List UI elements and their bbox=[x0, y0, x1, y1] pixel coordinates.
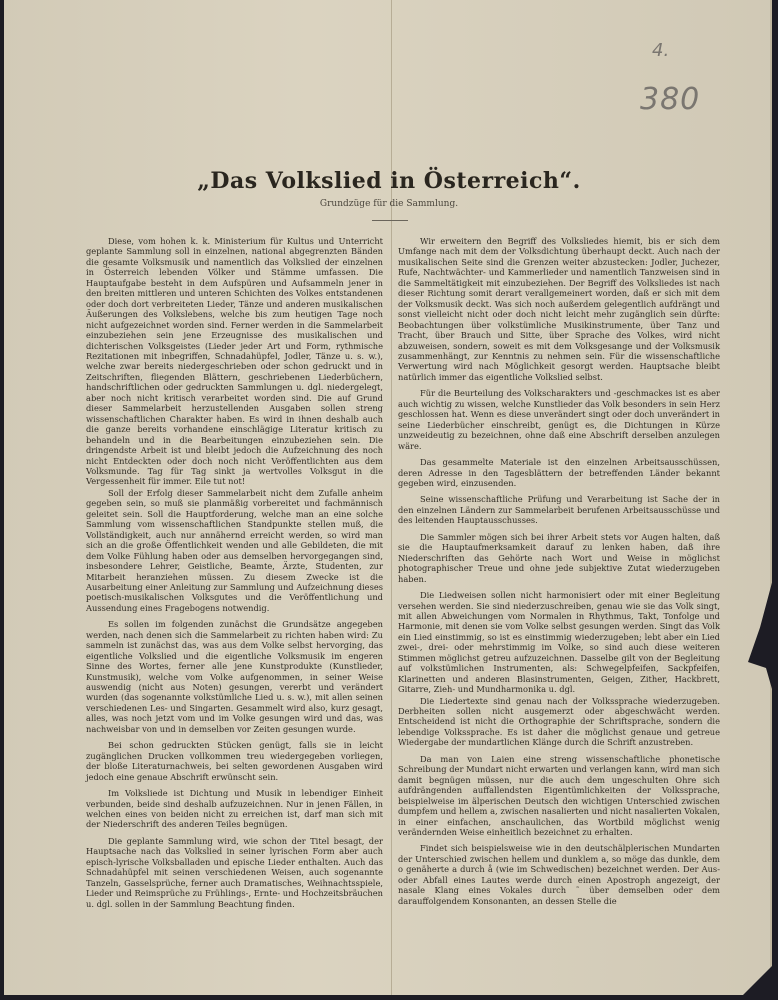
paragraph: Soll der Erfolg dieser Sammelarbeit nich… bbox=[86, 488, 383, 613]
paragraph: Das gesammelte Materiale ist den einzeln… bbox=[398, 457, 720, 488]
left-column: Diese, vom hohen k. k. Ministerium für K… bbox=[86, 236, 383, 915]
paragraph: Bei schon gedruckten Stücken genügt, fal… bbox=[86, 740, 383, 782]
paragraph: Seine wissenschaftliche Prüfung und Vera… bbox=[398, 494, 720, 525]
paragraph: Für die Beurteilung des Volkscharakters … bbox=[398, 388, 720, 451]
paragraph: Wir erweitern den Begriff des Volksliede… bbox=[398, 236, 720, 382]
handwritten-mark: 4. bbox=[652, 40, 669, 61]
paragraph: Diese, vom hohen k. k. Ministerium für K… bbox=[86, 236, 383, 487]
document-title: „Das Volkslied in Österreich“. bbox=[0, 168, 778, 194]
page-fold-line bbox=[391, 0, 392, 995]
paragraph: Die geplante Sammlung wird, wie schon de… bbox=[86, 836, 383, 909]
paragraph: Da man von Laien eine streng wissenschaf… bbox=[398, 754, 720, 838]
right-column: Wir erweitern den Begriff des Volksliede… bbox=[398, 236, 720, 912]
document-subtitle: Grundzüge für die Sammlung. bbox=[0, 199, 778, 209]
paragraph: Die Liedweisen sollen nicht harmonisiert… bbox=[398, 590, 720, 695]
paragraph: Es sollen im folgenden zunächst die Grun… bbox=[86, 619, 383, 734]
paragraph: Die Liedertexte sind genau nach der Volk… bbox=[398, 696, 720, 748]
paragraph: Die Sammler mögen sich bei ihrer Arbeit … bbox=[398, 532, 720, 584]
paragraph: Im Volksliede ist Dichtung und Musik in … bbox=[86, 788, 383, 830]
title-divider bbox=[372, 220, 408, 221]
paragraph: Findet sich beispielsweise wie in den de… bbox=[398, 843, 720, 906]
handwritten-number: 380 bbox=[640, 82, 700, 117]
